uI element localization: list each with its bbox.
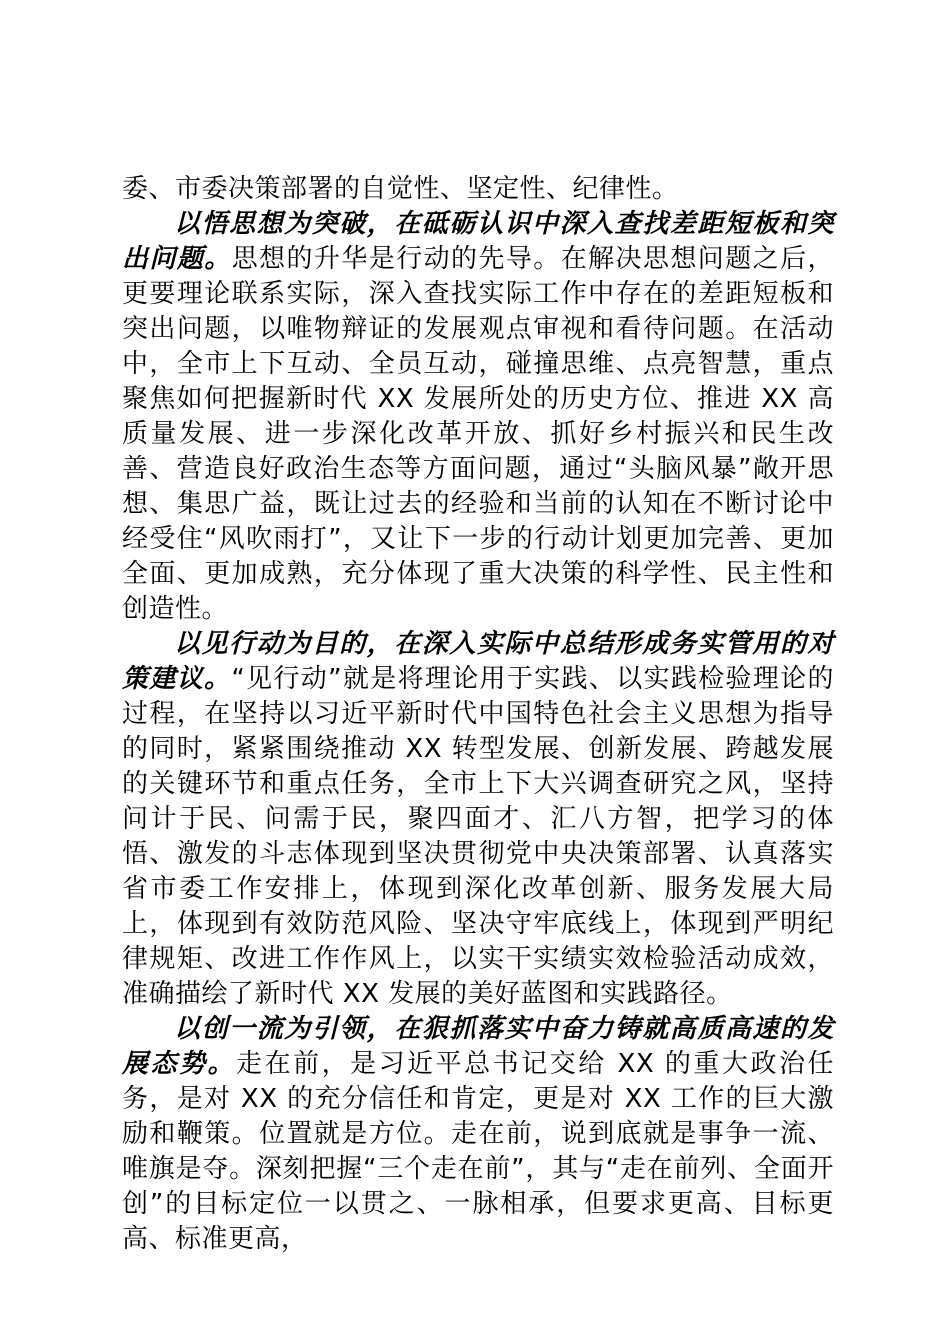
text-run-normal: 委、市委决策部署的自觉性、坚定性、纪律性。 bbox=[122, 174, 679, 204]
text-run-normal: “见行动”就是将理论用于实践、以实践检验理论的过程，在坚持以习近平新时代中国特色… bbox=[122, 664, 834, 1009]
text-run-normal: 思想的升华是行动的先导。在解决思想问题之后，更要理论联系实际，深入查找实际工作中… bbox=[122, 244, 834, 624]
paragraph-wu-sixiang: 以悟思想为突破，在砥砺认识中深入查找差距短板和突出问题。思想的升华是行动的先导。… bbox=[122, 207, 834, 627]
document-page: 委、市委决策部署的自觉性、坚定性、纪律性。以悟思想为突破，在砥砺认识中深入查找差… bbox=[0, 0, 950, 1344]
paragraph-chuang-yiliu: 以创一流为引领，在狠抓落实中奋力铸就高质高速的发展态势。走在前，是习近平总书记交… bbox=[122, 1012, 834, 1257]
paragraph-continued-from-previous-page: 委、市委决策部署的自觉性、坚定性、纪律性。 bbox=[122, 172, 834, 207]
document-text-block: 委、市委决策部署的自觉性、坚定性、纪律性。以悟思想为突破，在砥砺认识中深入查找差… bbox=[122, 172, 834, 1257]
text-run-normal: 走在前，是习近平总书记交给 XX 的重大政治任务，是对 XX 的充分信任和肯定，… bbox=[122, 1049, 834, 1254]
paragraph-jian-xingdong: 以见行动为目的，在深入实际中总结形成务实管用的对策建议。“见行动”就是将理论用于… bbox=[122, 627, 834, 1012]
